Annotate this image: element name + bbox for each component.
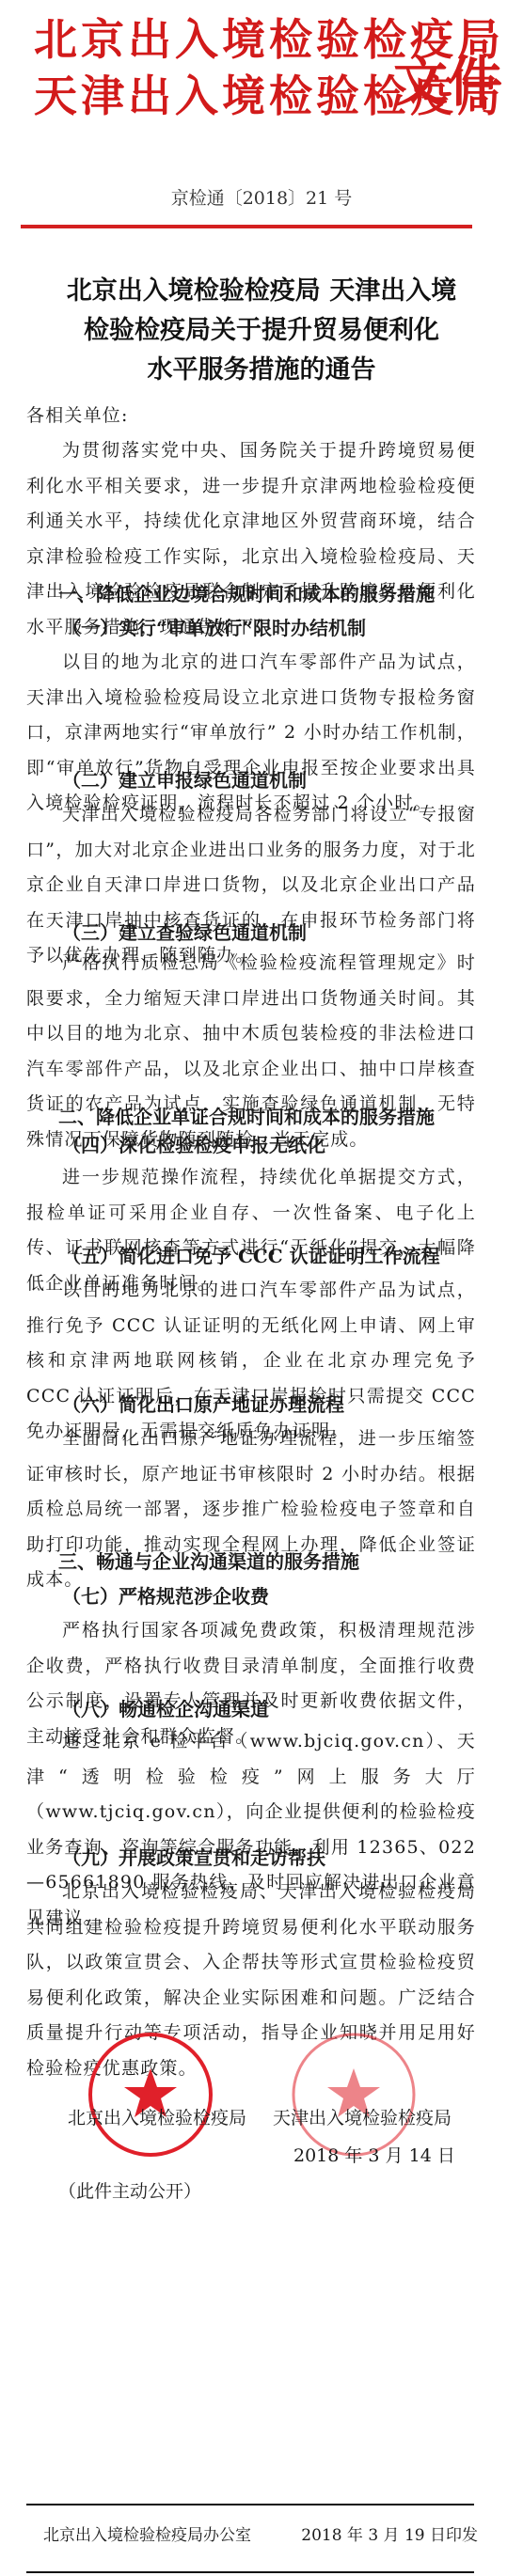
footer-rule-top: [26, 2504, 474, 2505]
page-title-line-1: 北京出入境检验检疫局 天津出入境: [0, 273, 523, 310]
document-number: 京检通〔2018〕21 号: [0, 184, 523, 210]
item-heading-5: （五）简化进口免予 CCC 认证证明工作流程: [62, 1239, 440, 1273]
tianjin-official-seal: [290, 2031, 418, 2159]
red-divider: [21, 225, 472, 228]
seal-star-icon: [290, 2031, 418, 2159]
page-title-line-2: 检验检疫局关于提升贸易便利化: [0, 312, 523, 350]
signature-beijing: 北京出入境检验检疫局: [68, 2104, 246, 2129]
salutation: 各相关单位:: [26, 399, 476, 434]
section-heading-3: 三、畅通与企业沟通渠道的服务措施: [58, 1545, 359, 1579]
footer-issuer: 北京出入境检验检疫局办公室: [43, 2521, 251, 2545]
item-heading-9: （九）开展政策宣贯和走访帮扶: [62, 1841, 325, 1875]
item-heading-6: （六）简化出口原产地证办理流程: [62, 1388, 344, 1422]
item-heading-7: （七）严格规范涉企收费: [62, 1579, 269, 1613]
item-heading-1: （一）实行“审单放行”限时办结机制: [62, 611, 366, 645]
footer-rule-bottom: [26, 2571, 474, 2573]
footer-issue-date: 2018 年 3 月 19 日印发: [301, 2521, 478, 2545]
beijing-official-seal: [87, 2031, 214, 2159]
item-heading-8: （八）畅通检企沟通渠道: [62, 1692, 269, 1726]
item-heading-3: （三）建立查验绿色通道机制: [62, 916, 307, 950]
seal-star-icon: [87, 2031, 214, 2159]
item-heading-2: （二）建立申报绿色通道机制: [62, 763, 307, 797]
disclosure-note: （此件主动公开）: [58, 2177, 201, 2203]
document-label: 文件: [393, 38, 502, 117]
signature-tianjin: 天津出入境检验检疫局: [273, 2104, 452, 2129]
section-heading-1: 一、降低企业边境合规时间和成本的服务措施: [58, 577, 435, 611]
page-title-line-3: 水平服务措施的通告: [0, 352, 523, 389]
signature-date: 2018 年 3 月 14 日: [293, 2142, 455, 2167]
item-heading-4: （四）深化检验检疫申报无纸化: [62, 1128, 325, 1162]
